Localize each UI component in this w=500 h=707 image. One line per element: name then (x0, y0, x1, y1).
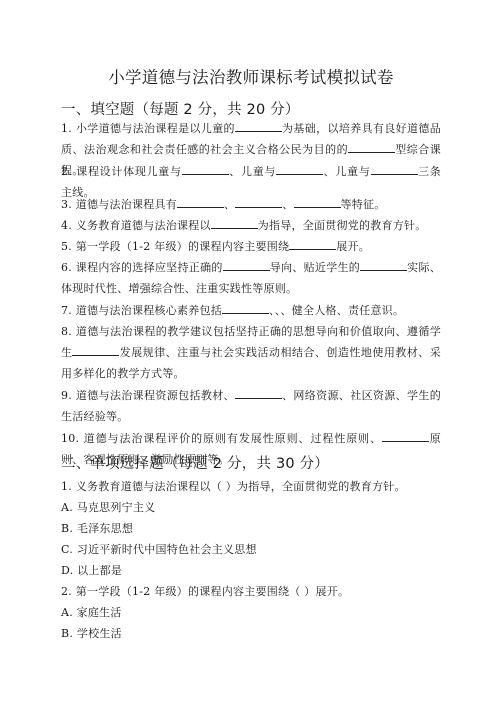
fill-question-8: 8. 道德与法治课程的教学建议包括坚持正确的思想导向和价值取向、遵循学生发展规律… (61, 321, 441, 384)
fill-question-6: 6. 课程内容的选择应坚持正确的导向、贴近学生的实际、体现时代性、增强综合性、注… (61, 257, 441, 299)
fill-question-4: 4. 义务教育道德与法治课程以为指导，全面贯彻党的教育方针。 (61, 215, 441, 236)
answer-blank[interactable] (211, 216, 258, 229)
choice-option[interactable]: B. 毛泽东思想 (61, 518, 441, 539)
choice-option[interactable]: B. 学校生活 (61, 623, 441, 644)
fill-question-7: 7. 道德与法治课程核心素养包括、、、健全人格、责任意识。 (61, 300, 441, 321)
fill-question-9: 9. 道德与法治课程资源包括教材、、网络资源、社区资源、学生的生活经验等。 (61, 385, 441, 427)
answer-blank[interactable] (223, 258, 270, 271)
answer-blank[interactable] (294, 195, 341, 208)
answer-blank[interactable] (371, 162, 418, 175)
answer-blank[interactable] (276, 162, 323, 175)
choice-option[interactable]: A. 家庭生活 (61, 602, 441, 623)
choice-option[interactable]: C. 习近平新时代中国特色社会主义思想 (61, 539, 441, 560)
page-title: 小学道德与法治教师课标考试模拟试卷 (61, 64, 441, 88)
answer-blank[interactable] (360, 258, 407, 271)
answer-blank[interactable] (177, 195, 224, 208)
fill-question-3: 3. 道德与法治课程具有、、等特征。 (61, 194, 441, 215)
choice-question-1: 1. 义务教育道德与法治课程以（ ）为指导，全面贯彻党的教育方针。 (61, 476, 441, 497)
answer-blank[interactable] (235, 119, 282, 132)
section-heading-single-choice: 二、单项选择题（每题 2 分，共 30 分） (61, 452, 329, 473)
answer-blank[interactable] (72, 343, 119, 356)
answer-blank[interactable] (348, 140, 395, 153)
choice-option[interactable]: D. 以上都是 (61, 560, 441, 581)
choice-option[interactable]: A. 马克思列宁主义 (61, 497, 441, 518)
answer-blank[interactable] (289, 237, 336, 250)
answer-blank[interactable] (182, 162, 229, 175)
answer-blank[interactable] (235, 386, 282, 399)
section-heading-fill-blank: 一、填空题（每题 2 分，共 20 分） (61, 98, 300, 119)
answer-blank[interactable] (222, 301, 269, 314)
answer-blank[interactable] (235, 195, 282, 208)
answer-blank[interactable] (382, 429, 429, 442)
choice-question-2: 2. 第一学段（1-2 年级）的课程内容主要围绕（ ）展开。 (61, 581, 441, 602)
fill-question-5: 5. 第一学段（1-2 年级）的课程内容主要围绕展开。 (61, 236, 441, 257)
